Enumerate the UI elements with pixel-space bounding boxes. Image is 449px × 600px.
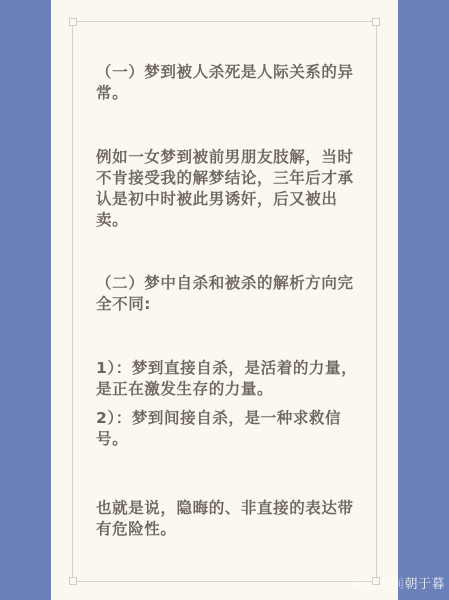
section-heading-1: （一）梦到被人杀死是人际关系的异常。 bbox=[96, 62, 366, 104]
point-1-paragraph: 1）：梦到直接自杀，是活着的力量，是正在激发生存的力量。 bbox=[96, 358, 366, 400]
frame-corner-ornament bbox=[69, 18, 77, 26]
example-paragraph: 例如一女梦到被前男朋友肢解，当时不肯接受我的解梦结论，三年后才承认是初中时被此男… bbox=[96, 147, 366, 231]
camera-icon: ⊛@ bbox=[351, 577, 376, 592]
section-heading-2: （二）梦中自杀和被杀的解析方向完全不同: bbox=[96, 273, 366, 315]
watermark-name-faint: 人间 bbox=[377, 577, 404, 592]
article-card: （一）梦到被人杀死是人际关系的异常。 例如一女梦到被前男朋友肢解，当时不肯接受我… bbox=[51, 0, 398, 600]
conclusion-paragraph: 也就是说，隐晦的、非直接的表达带有危险性。 bbox=[96, 498, 366, 540]
frame-corner-ornament bbox=[69, 577, 77, 585]
frame-corner-ornament bbox=[372, 18, 380, 26]
point-2-paragraph: 2）：梦到间接自杀，是一种求救信号。 bbox=[96, 408, 366, 450]
watermark-author: 朝于暮 bbox=[404, 577, 445, 592]
watermark: ⊛@人间朝于暮 bbox=[351, 573, 445, 592]
